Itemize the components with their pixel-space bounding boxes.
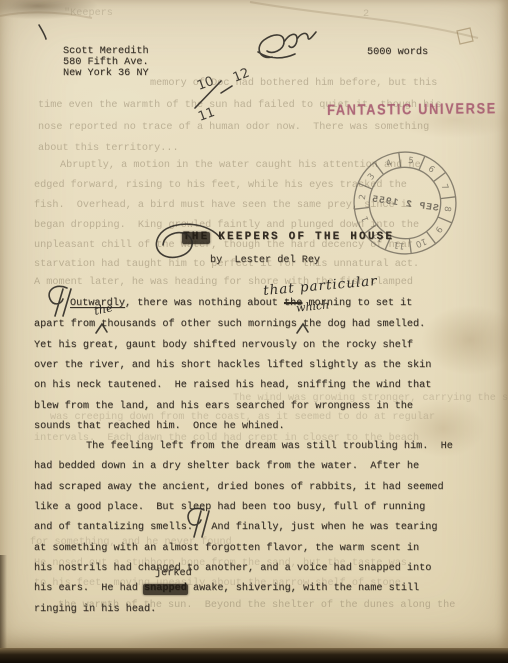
handwritten-insert-which: which (295, 298, 329, 314)
typed-text: had bedded down in a dry shelter back fr… (34, 461, 419, 472)
typed-line: over the river, and his short hackles li… (34, 359, 431, 372)
typed-line: Outwardly, there was nothing about the m… (70, 297, 412, 310)
typed-correction-jerked: jerked (155, 568, 192, 579)
stamp-dial-tick (440, 195, 455, 201)
title-text: KEEPERS OF THE HOUSE (209, 231, 394, 243)
typed-text: on his neck tautened. He raised his head… (34, 380, 431, 391)
magazine-name-stamp: FANTASTIC UNIVERSE (327, 100, 497, 119)
typed-line: had bedded down in a dry shelter back fr… (34, 460, 419, 473)
typed-text: Yet his great, gaunt body shifted nervou… (34, 340, 413, 351)
typed-text: over the river, and his short hackles li… (34, 360, 431, 371)
stamp-dial-number: 3 (366, 172, 377, 183)
stamp-dial-tick (373, 162, 385, 174)
agent-city: New York 36 NY (63, 68, 149, 79)
stamp-dial-number: 8 (441, 205, 452, 212)
typed-text: The feeling left from the dream was stil… (86, 441, 453, 452)
stamp-dial-number: 5 (407, 156, 414, 167)
agent-street: 580 Fifth Ave. (63, 57, 149, 68)
typed-text: awake, shivering, with the name still (187, 583, 419, 594)
stamp-dial-tick (354, 205, 369, 211)
handwritten-insert-the: the (93, 300, 114, 318)
typed-line: at something with an almost forgotten fl… (34, 542, 419, 555)
typed-line: sounds that reached him. Once he whined. (34, 420, 285, 433)
ghost-text-line: 2 (363, 9, 369, 20)
typed-text: at something with an almost forgotten fl… (34, 543, 419, 554)
pen-slash-mark (39, 25, 46, 39)
typed-line: his ears. He had snapped awake, shiverin… (34, 582, 419, 595)
typed-text: his nostrils had changed to another, and… (34, 563, 431, 574)
typed-line: ringing in his head. (34, 603, 156, 616)
typed-line: Yet his great, gaunt body shifted nervou… (34, 339, 413, 352)
typed-line: his nostrils had changed to another, and… (34, 562, 431, 575)
stamp-dial-tick (407, 238, 413, 253)
typed-text: , there was nothing about (125, 298, 284, 309)
stamp-dial-number: 6 (426, 164, 437, 175)
page-edge-shadow (0, 555, 7, 650)
typed-text: had scraped away the ancient, dried bone… (34, 482, 444, 493)
stamp-dial-number: 9 (433, 224, 444, 235)
typed-line: had scraped away the ancient, dried bone… (34, 481, 444, 494)
received-date-stamp: 123456789101112 SEP 2 1955 (344, 142, 466, 264)
stamp-date-text: SEP 2 1955 (370, 193, 439, 213)
stamp-dial-tick (397, 152, 403, 167)
stamp-dial-tick (358, 183, 373, 189)
struck-word: snapped (144, 583, 187, 594)
manuscript-page: "Keepers2memory of Doc had bothered him … (0, 0, 508, 650)
typed-text (193, 522, 211, 533)
stamp-dial-tick (419, 156, 425, 171)
stamp-dial-number: 1 (360, 214, 371, 223)
ghost-text-line: about this territory... (38, 143, 179, 154)
word-count: 5000 words (367, 47, 428, 58)
stamp-dial-number: 7 (439, 183, 450, 192)
typed-line: like a good place. But sleep had been to… (34, 501, 425, 514)
typed-text: and of tantalizing smells. (34, 522, 193, 533)
typed-line: and of tantalizing smells. And finally, … (34, 521, 438, 534)
typed-line: The feeling left from the dream was stil… (86, 440, 453, 453)
agent-name: Scott Meredith (63, 46, 149, 57)
stamp-dial-number: 2 (358, 194, 369, 201)
typed-text: his ears. He had (34, 583, 144, 594)
typed-text: blew from the land, and his ears searche… (34, 401, 413, 412)
typed-text: And finally, just when he was tearing (211, 522, 437, 533)
stamp-dial-number: 4 (385, 158, 394, 170)
typed-line: blew from the land, and his ears searche… (34, 400, 413, 413)
typed-line: on his neck tautened. He raised his head… (34, 379, 431, 392)
stamp-dial-tick (437, 217, 452, 223)
corner-stain-mark (457, 28, 473, 44)
agent-address-block: Scott Meredith 580 Fifth Ave. New York 3… (63, 46, 149, 79)
ghost-text-line: nose reported no trace of a human odor n… (38, 122, 429, 133)
paper-crease (250, 2, 478, 38)
stamp-dial-tick (433, 171, 445, 183)
typed-text: apart from thousands of other such morni… (34, 319, 425, 330)
stamp-dial-number: 11 (393, 239, 405, 250)
typed-text: sounds that reached him. Once he whined. (34, 421, 285, 432)
typed-line: apart from thousands of other such morni… (34, 318, 425, 331)
background-below-page (0, 648, 508, 663)
manuscript-photo: "Keepers2memory of Doc had bothered him … (0, 0, 508, 663)
paragraph-mark-icon (49, 286, 71, 316)
typed-text: ringing in his head. (34, 604, 156, 615)
ghost-text-line: "Keepers (64, 8, 113, 19)
deleted-title-word: THE (183, 231, 209, 243)
typed-text: like a good place. But sleep had been to… (34, 502, 425, 513)
ghost-text-line: edged forward, rising to his feet, while… (34, 180, 407, 191)
story-title: THE KEEPERS OF THE HOUSE (183, 231, 394, 243)
ghost-text-line: memory of Doc had bothered him before, b… (150, 78, 437, 89)
handwritten-initials-squiggle (258, 32, 316, 58)
byline: by Lester del Rey (210, 255, 320, 266)
